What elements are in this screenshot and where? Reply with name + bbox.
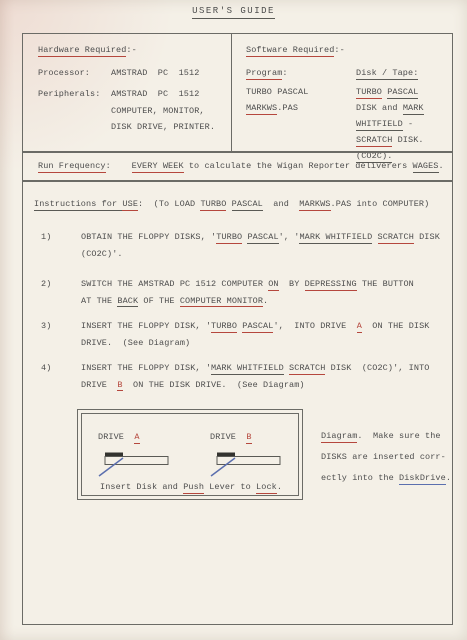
item-line: SWITCH THE AMSTRAD PC 1512 COMPUTER ON B… (81, 279, 414, 290)
page-title: USER'S GUIDE (0, 6, 467, 16)
note-line: ectly into the DiskDrive. (321, 473, 461, 484)
instruction-item: 2) SWITCH THE AMSTRAD PC 1512 COMPUTER O… (41, 279, 414, 312)
drive-diagram-box: DRIVE A DRIVE B Insert Disk and Push Lev… (77, 409, 303, 500)
drive-lever-icon (211, 458, 235, 476)
hardware-row-label: Processor: (38, 68, 111, 79)
drive-slot-icon (105, 457, 168, 465)
item-number: 3) (41, 321, 81, 354)
item-line: AT THE BACK OF THE COMPUTER MONITOR. (81, 296, 414, 307)
hardware-row-value: AMSTRAD PC 1512 (111, 89, 199, 100)
disk-drive-a-icon (98, 452, 190, 486)
diagram-caption: Insert Disk and Push Lever to Lock. (100, 482, 282, 493)
instructions-box: Instructions for USE: (To LOAD TURBO PAS… (22, 181, 453, 625)
drive-tab-icon (217, 453, 235, 457)
disk-tape-line: TURBO PASCAL (356, 87, 452, 98)
hardware-row-value: AMSTRAD PC 1512 (111, 68, 199, 79)
note-line: DISKS are inserted corr- (321, 452, 461, 463)
instruction-item: 3) INSERT THE FLOPPY DISK, 'TURBO PASCAL… (41, 321, 430, 354)
hardware-heading: Hardware Required:- (38, 45, 231, 56)
run-frequency-line: Run Frequency: EVERY WEEK to calculate t… (38, 161, 444, 172)
instruction-item: 4) INSERT THE FLOPPY DISK, 'MARK WHITFIE… (41, 363, 429, 396)
hardware-section: Hardware Required:- Processor: AMSTRAD P… (23, 34, 232, 151)
disk-tape-line: WHITFIELD - (356, 119, 452, 130)
hardware-row: Peripherals: AMSTRAD PC 1512 (38, 89, 231, 100)
item-line: DRIVE B ON THE DISK DRIVE. (See Diagram) (81, 380, 429, 391)
program-line: MARKWS.PAS (246, 103, 356, 114)
disk-drive-b-icon (210, 452, 302, 486)
item-line: DRIVE. (See Diagram) (81, 338, 430, 349)
scanned-document-page: USER'S GUIDE Hardware Required:- Process… (0, 0, 467, 640)
drive-b-label: DRIVE B (210, 432, 252, 443)
drive-tab-icon (105, 453, 123, 457)
instruction-item: 1) OBTAIN THE FLOPPY DISKS, 'TURBO PASCA… (41, 232, 440, 265)
disk-tape-line: SCRATCH DISK. (356, 135, 452, 146)
disk-tape-line: DISK and MARK (356, 103, 452, 114)
item-line: (CO2C)'. (81, 249, 440, 260)
program-heading: Program: (246, 68, 356, 79)
hardware-row-value: DISK DRIVE, PRINTER. (111, 122, 215, 133)
drive-slot-icon (217, 457, 280, 465)
item-number: 4) (41, 363, 81, 396)
item-number: 1) (41, 232, 81, 265)
instructions-heading: Instructions for USE: (To LOAD TURBO PAS… (34, 199, 429, 210)
drive-diagram-inner-border: DRIVE A DRIVE B Insert Disk and Push Lev… (81, 413, 299, 496)
software-heading: Software Required:- (246, 45, 452, 56)
hardware-row: Processor: AMSTRAD PC 1512 (38, 68, 231, 79)
item-text: INSERT THE FLOPPY DISK, 'MARK WHITFIELD … (81, 363, 429, 396)
hardware-row: COMPUTER, MONITOR, (38, 106, 231, 117)
item-text: INSERT THE FLOPPY DISK, 'TURBO PASCAL', … (81, 321, 430, 354)
disk-tape-heading: Disk / Tape: (356, 68, 452, 79)
run-frequency-box: Run Frequency: EVERY WEEK to calculate t… (22, 152, 453, 181)
drive-lever-icon (99, 458, 123, 476)
hardware-row-label: Peripherals: (38, 89, 111, 100)
item-text: SWITCH THE AMSTRAD PC 1512 COMPUTER ON B… (81, 279, 414, 312)
item-text: OBTAIN THE FLOPPY DISKS, 'TURBO PASCAL',… (81, 232, 440, 265)
note-line: Diagram. Make sure the (321, 431, 461, 442)
diagram-note: Diagram. Make sure the DISKS are inserte… (321, 431, 461, 494)
hardware-row: DISK DRIVE, PRINTER. (38, 122, 231, 133)
hardware-row-value: COMPUTER, MONITOR, (111, 106, 205, 117)
item-line: INSERT THE FLOPPY DISK, 'MARK WHITFIELD … (81, 363, 429, 374)
program-line: TURBO PASCAL (246, 87, 356, 98)
item-line: OBTAIN THE FLOPPY DISKS, 'TURBO PASCAL',… (81, 232, 440, 243)
drive-a-label: DRIVE A (98, 432, 140, 443)
requirements-box: Hardware Required:- Processor: AMSTRAD P… (22, 33, 453, 152)
hardware-row-label (38, 122, 111, 133)
item-number: 2) (41, 279, 81, 312)
software-section: Software Required:- Program: TURBO PASCA… (232, 34, 452, 151)
hardware-row-label (38, 106, 111, 117)
item-line: INSERT THE FLOPPY DISK, 'TURBO PASCAL', … (81, 321, 430, 332)
